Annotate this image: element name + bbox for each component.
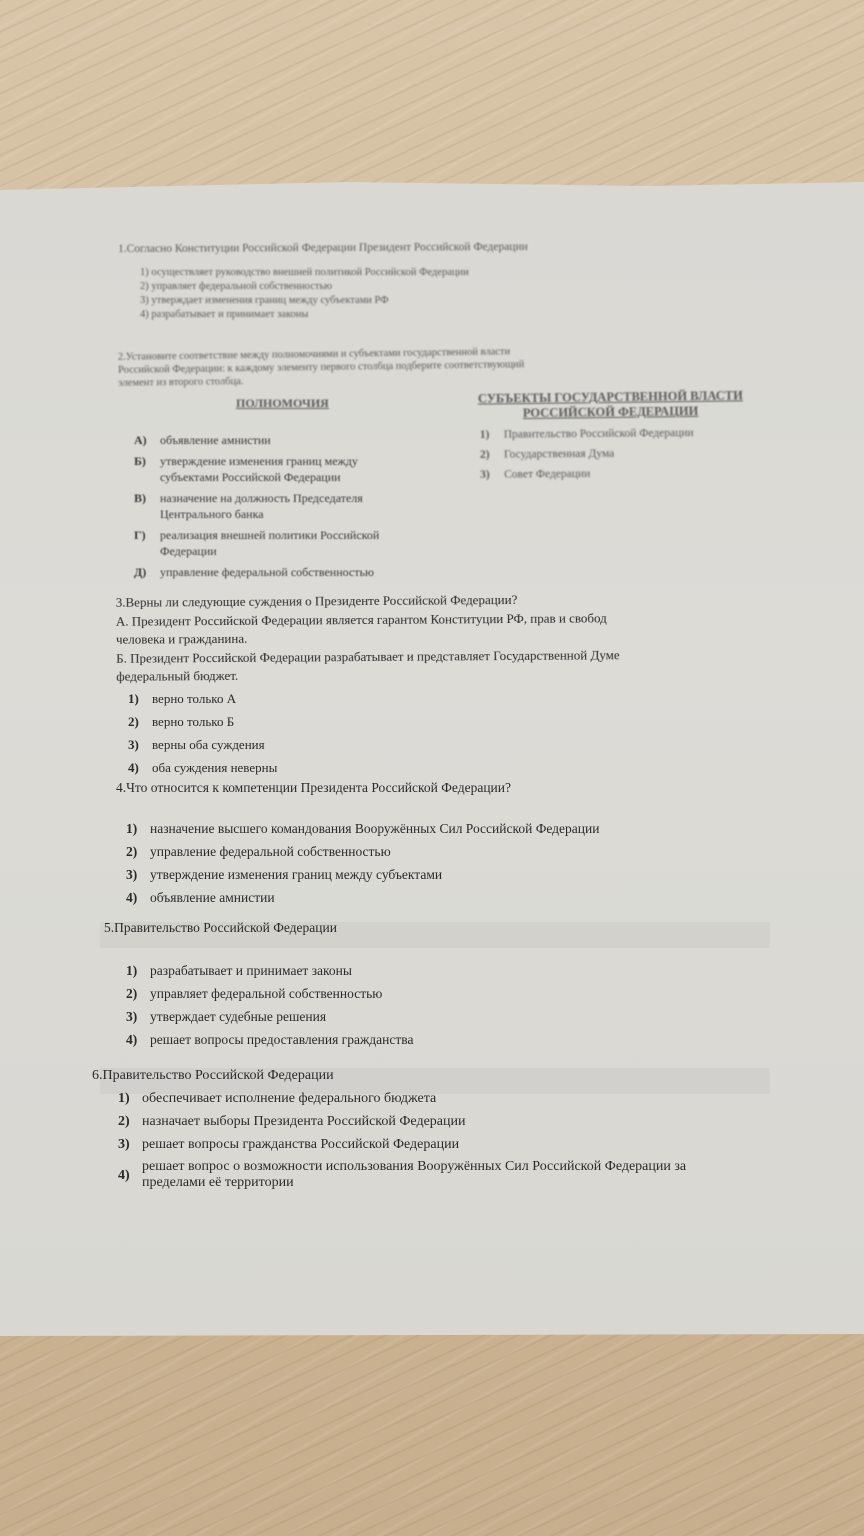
question-4-options: 1)назначение высшего командования Вооруж… [126, 820, 599, 912]
question-1-options: 1) осуществляет руководство внешней поли… [140, 266, 469, 322]
question-1-title: 1.Согласно Конституции Российской Федера… [118, 241, 528, 255]
option-item: 4)оба суждения неверны [128, 759, 277, 776]
option-item: 1) осуществляет руководство внешней поли… [140, 266, 469, 280]
option-item: 3)утверждение изменения границ между суб… [126, 866, 599, 883]
statement-a: А. Президент Российской Федерации являет… [116, 609, 620, 631]
subject-item: 3)Совет Федерации [480, 467, 694, 481]
option-item: 1)верно только А [128, 690, 277, 707]
option-item: 4) разрабатывает и принимает законы [140, 308, 469, 322]
subject-item: 1)Правительство Российской Федерации [480, 427, 694, 441]
powers-column-header: ПОЛНОМОЧИЯ [236, 396, 329, 411]
option-item: 1)назначение высшего командования Вооруж… [126, 820, 599, 837]
question-3: 3.Верны ли следующие суждения о Президен… [116, 590, 620, 686]
power-item: Г)реализация внешней политики Российской… [134, 527, 379, 559]
option-item: 2)управляет федеральной собственностью [126, 985, 413, 1002]
power-item: Б)утверждение изменения границ междусубъ… [134, 453, 379, 485]
option-item: 4)решает вопросы предоставления гражданс… [126, 1031, 413, 1048]
power-item: А)объявление амнистии [134, 432, 379, 448]
powers-list: А)объявление амнистии Б)утверждение изме… [134, 432, 379, 585]
question-5-title: 5.Правительство Российской Федерации [104, 920, 337, 936]
subjects-list: 1)Правительство Российской Федерации 2)Г… [480, 427, 694, 489]
option-item: 3)решает вопросы гражданства Российской … [118, 1136, 722, 1153]
option-item: 4)объявление амнистии [126, 889, 599, 906]
power-item: Д)управление федеральной собственностью [134, 564, 379, 580]
question-6-options: 1)обеспечивает исполнение федерального б… [118, 1090, 722, 1197]
subjects-column-header: СУБЪЕКТЫ ГОСУДАРСТВЕННОЙ ВЛАСТИ РОССИЙСК… [478, 388, 743, 421]
option-item: 3) утверждает изменения границ между суб… [140, 294, 469, 308]
question-4-title: 4.Что относится к компетенции Президента… [116, 780, 511, 796]
subject-item: 2)Государственная Дума [480, 447, 694, 461]
question-3-options: 1)верно только А 2)верно только Б 3)верн… [128, 690, 277, 782]
option-item: 3)верны оба суждения [128, 736, 277, 753]
question-5-options: 1)разрабатывает и принимает законы 2)упр… [126, 962, 413, 1054]
worksheet-paper: 1.Согласно Конституции Российской Федера… [0, 182, 864, 1342]
option-item: 2)верно только Б [128, 713, 277, 730]
question-6-title: 6.Правительство Российской Федерации [92, 1068, 334, 1084]
option-item: 2) управляет федеральной собственностью [140, 280, 469, 294]
option-item: 4)решает вопрос о возможности использова… [118, 1159, 722, 1191]
statement-b: Б. Президент Российской Федерации разраб… [116, 646, 620, 668]
option-item: 3)утверждает судебные решения [126, 1008, 413, 1025]
question-2-intro: 2.Установите соответствие между полномоч… [118, 345, 525, 390]
option-item: 1)обеспечивает исполнение федерального б… [118, 1090, 722, 1107]
power-item: В)назначение на должность ПредседателяЦе… [134, 490, 379, 522]
option-item: 2)назначает выборы Президента Российской… [118, 1113, 722, 1130]
option-item: 1)разрабатывает и принимает законы [126, 962, 413, 979]
option-item: 2)управление федеральной собственностью [126, 843, 599, 860]
